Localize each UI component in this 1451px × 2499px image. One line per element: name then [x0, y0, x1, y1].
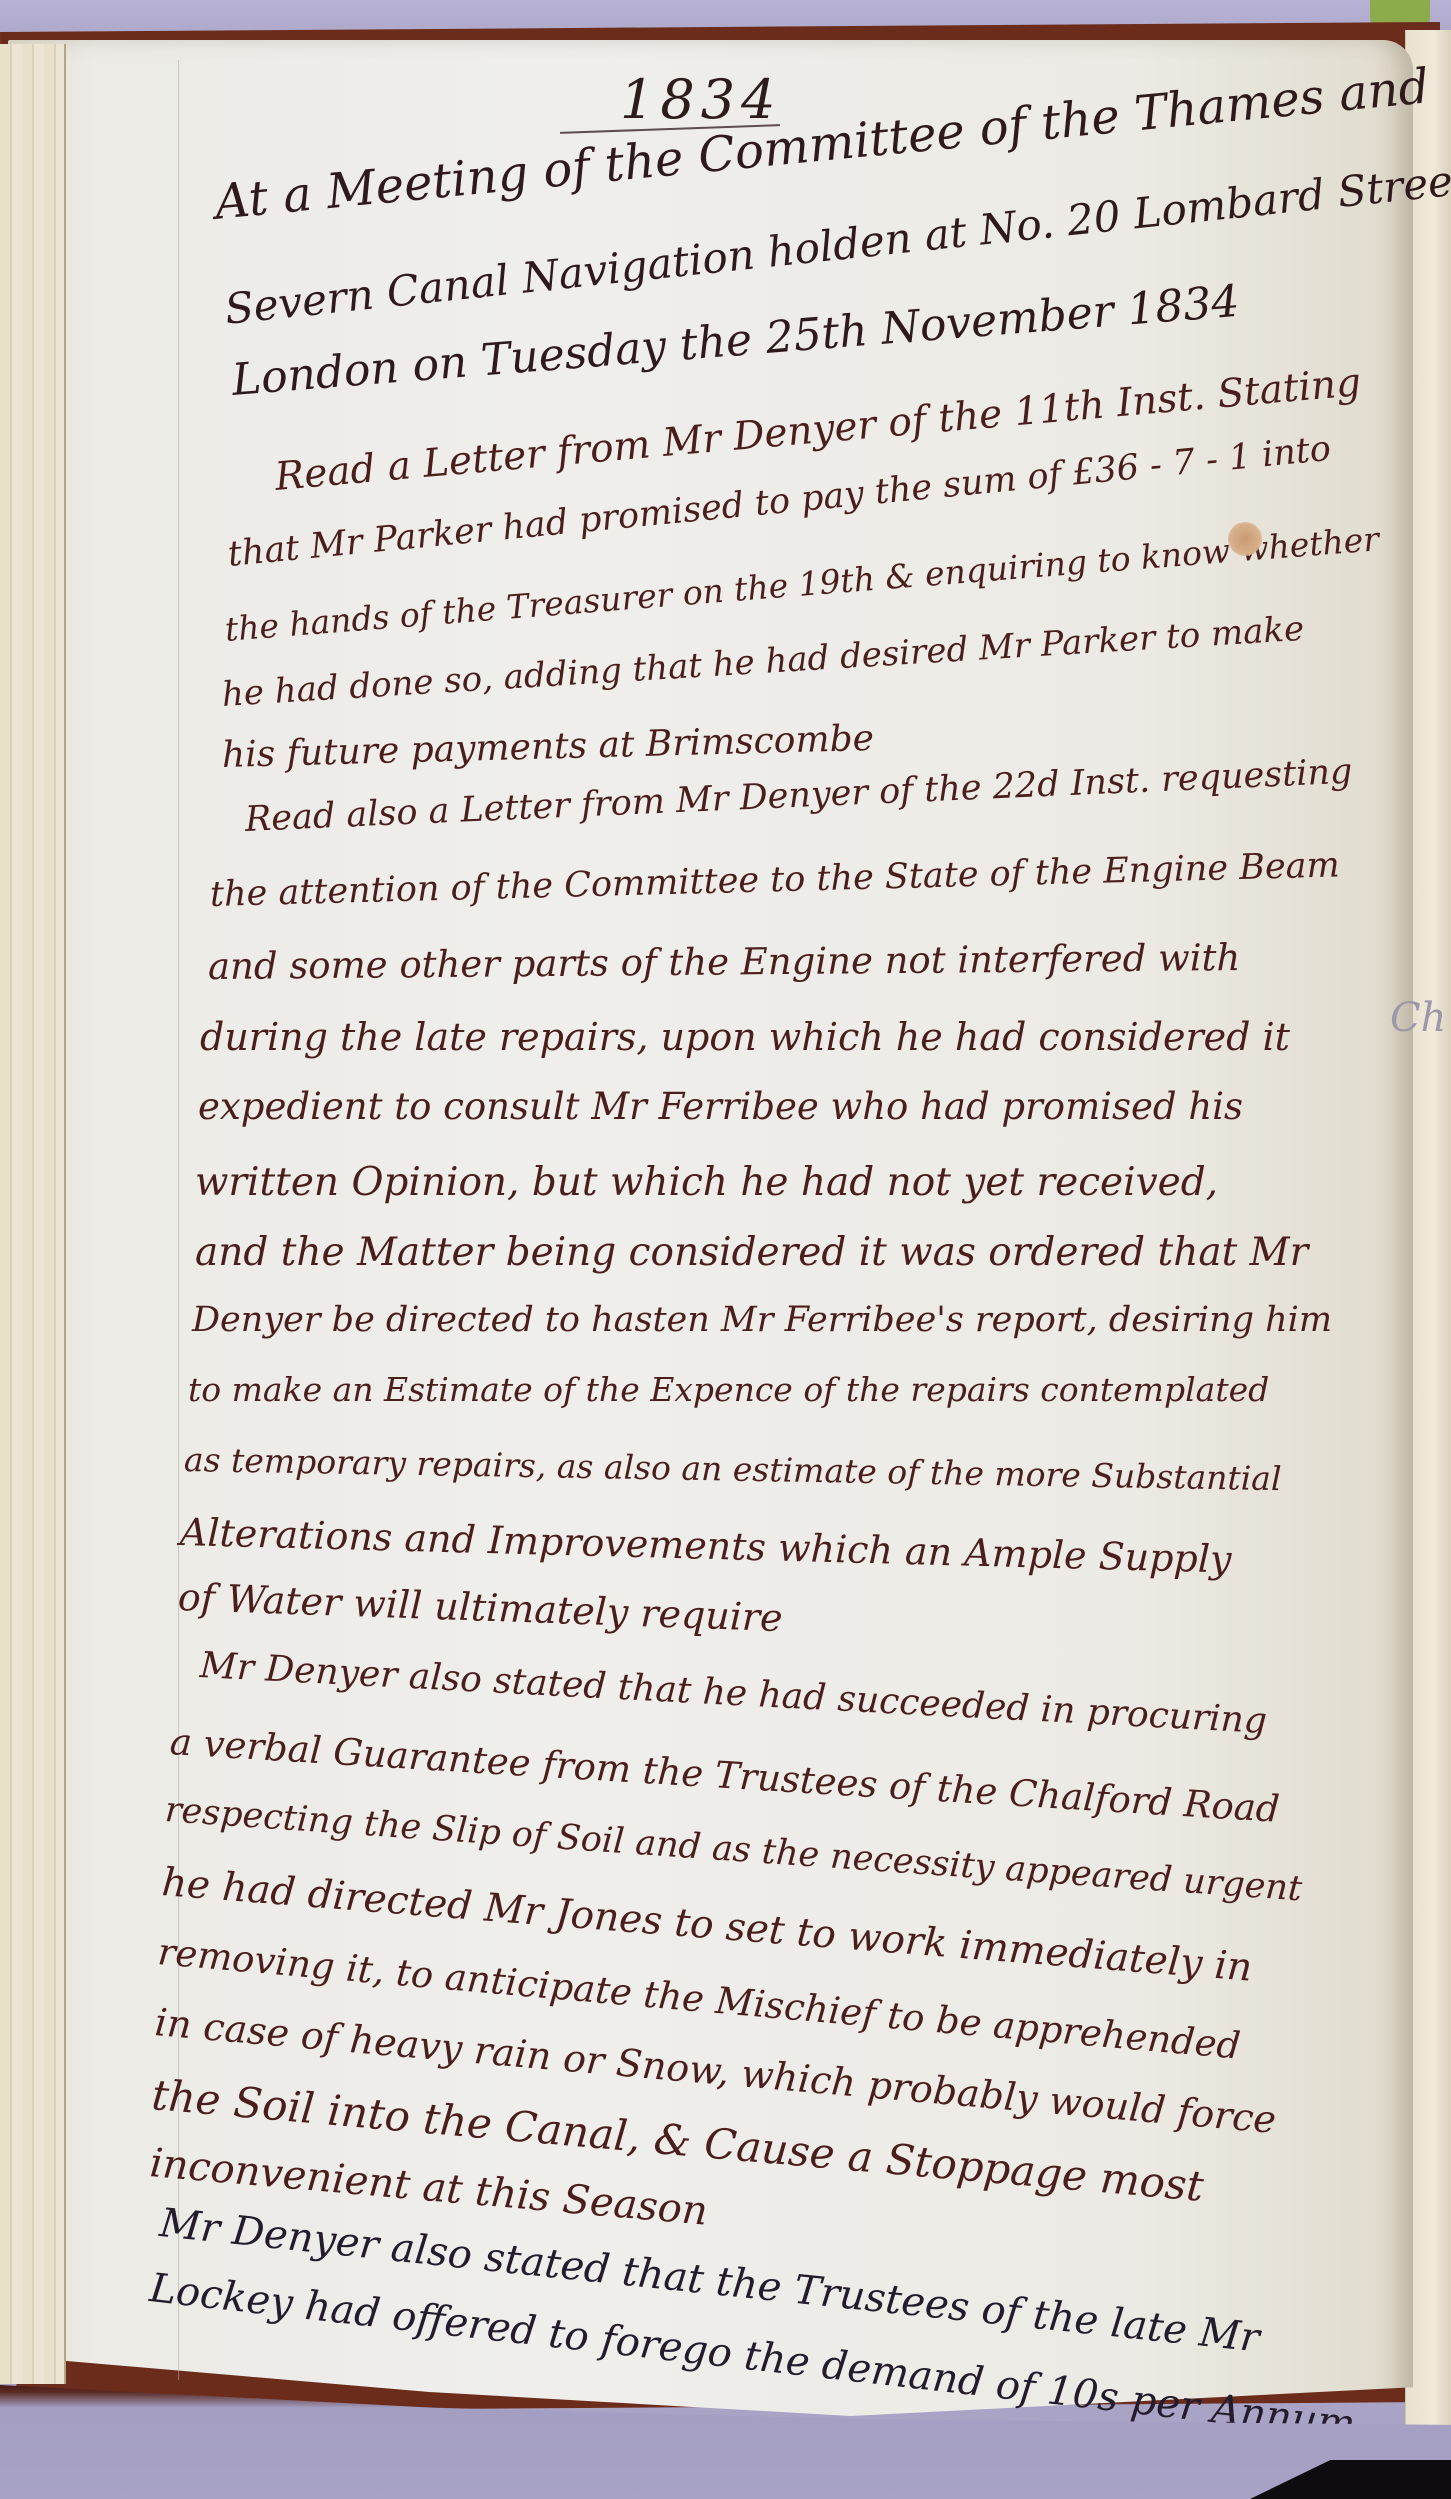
body-line: and the Matter being considered it was o…	[195, 1230, 1308, 1275]
body-line: written Opinion, but which he had not ye…	[195, 1160, 1218, 1205]
body-line: expedient to consult Mr Ferribee who had…	[198, 1085, 1243, 1128]
body-line: during the late repairs, upon which he h…	[200, 1015, 1290, 1059]
year-heading: 1834	[620, 68, 781, 131]
body-line: Denyer be directed to hasten Mr Ferribee…	[192, 1300, 1332, 1340]
page-stack-edge	[0, 44, 66, 2384]
margin-note: Ch	[1390, 995, 1446, 1041]
ink-stain	[1228, 522, 1262, 556]
body-line: and some other parts of the Engine not i…	[208, 936, 1241, 988]
body-line: to make an Estimate of the Expence of th…	[188, 1370, 1269, 1409]
